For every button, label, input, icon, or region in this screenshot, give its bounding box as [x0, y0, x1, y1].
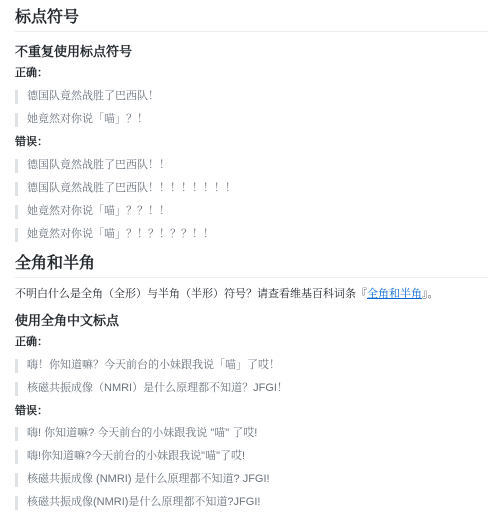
example-quote: 核磁共振成像(NMRI)是什么原理都不知道?JFGI! — [15, 496, 488, 510]
example-quote: 嗨！你知道嘛？今天前台的小妹跟我说「喵」了哎！ — [15, 359, 488, 373]
section-title-punctuation: 标点符号 — [15, 8, 488, 32]
section-fullwidth-halfwidth: 全角和半角 不明白什么是全角（全形）与半角（半形）符号？请查看维基百科词条『全角… — [15, 254, 488, 511]
subsection-title-use-fullwidth-punctuation: 使用全角中文标点 — [15, 313, 488, 329]
intro-text-pre: 不明白什么是全角（全形）与半角（半形）符号？请查看维基百科词条『 — [15, 288, 367, 300]
example-quote: 她竟然对你说「喵」？？！！ — [15, 205, 488, 219]
example-quote: 她竟然对你说「喵」？！ — [15, 113, 488, 127]
example-quote: 核磁共振成像（NMRI）是什么原理都不知道？JFGI！ — [15, 382, 488, 396]
subsection-title-no-repeat-punctuation: 不重复使用标点符号 — [15, 44, 488, 60]
quote-text: 她竟然对你说「喵」？！ — [27, 113, 480, 127]
example-quote: 德国队竟然战胜了巴西队！ — [15, 90, 488, 104]
intro-paragraph: 不明白什么是全角（全形）与半角（半形）符号？请查看维基百科词条『全角和半角』。 — [15, 287, 488, 301]
quote-text: 她竟然对你说「喵」？？！！ — [27, 205, 480, 219]
quote-text: 德国队竟然战胜了巴西队！！！！！！！！ — [27, 182, 480, 196]
wrong-label: 错误： — [15, 405, 488, 419]
markdown-document: 标点符号 不重复使用标点符号 正确： 德国队竟然战胜了巴西队！ 她竟然对你说「喵… — [0, 0, 500, 510]
quote-text: 她竟然对你说「喵」？！？！？？！！ — [27, 228, 480, 242]
example-quote: 她竟然对你说「喵」？！？！？？！！ — [15, 228, 488, 242]
example-quote: 德国队竟然战胜了巴西队！！ — [15, 159, 488, 173]
example-quote: 德国队竟然战胜了巴西队！！！！！！！！ — [15, 182, 488, 196]
quote-text: 德国队竟然战胜了巴西队！！ — [27, 159, 480, 173]
intro-text-post: 』。 — [422, 288, 439, 300]
quote-text: 嗨!你知道嘛?今天前台的小妹跟我说"喵"了哎! — [27, 450, 480, 464]
example-quote: 嗨! 你知道嘛? 今天前台的小妹跟我说 "喵" 了哎! — [15, 427, 488, 441]
correct-label: 正确： — [15, 336, 488, 350]
example-quote: 嗨!你知道嘛?今天前台的小妹跟我说"喵"了哎! — [15, 450, 488, 464]
quote-text: 核磁共振成像 (NMRI) 是什么原理都不知道? JFGI! — [27, 473, 480, 487]
section-title-fullwidth-halfwidth: 全角和半角 — [15, 254, 488, 278]
example-quote: 核磁共振成像 (NMRI) 是什么原理都不知道? JFGI! — [15, 473, 488, 487]
section-punctuation: 标点符号 不重复使用标点符号 正确： 德国队竟然战胜了巴西队！ 她竟然对你说「喵… — [15, 8, 488, 242]
wiki-link-fullwidth-halfwidth[interactable]: 全角和半角 — [367, 288, 422, 300]
quote-text: 德国队竟然战胜了巴西队！ — [27, 90, 480, 104]
quote-text: 核磁共振成像(NMRI)是什么原理都不知道?JFGI! — [27, 496, 480, 510]
quote-text: 嗨！你知道嘛？今天前台的小妹跟我说「喵」了哎！ — [27, 359, 480, 373]
correct-label: 正确： — [15, 67, 488, 81]
wrong-label: 错误： — [15, 136, 488, 150]
quote-text: 核磁共振成像（NMRI）是什么原理都不知道？JFGI！ — [27, 382, 480, 396]
quote-text: 嗨! 你知道嘛? 今天前台的小妹跟我说 "喵" 了哎! — [27, 427, 480, 441]
